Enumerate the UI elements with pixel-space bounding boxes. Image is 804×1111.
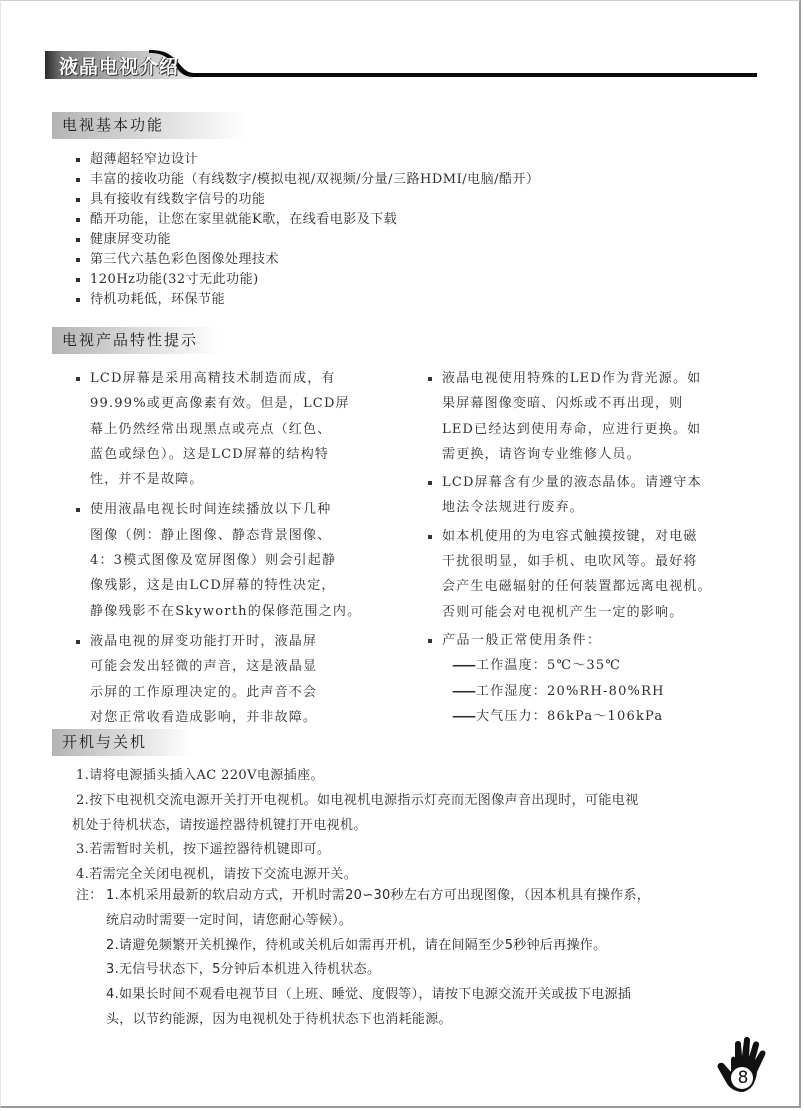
page-title: 液晶电视介绍: [59, 52, 179, 79]
note-item: 2.请避免频繁开关机操作，待机或关机后如需再开机，请在间隔至少5秒钟后再操作。: [76, 934, 766, 959]
power-notes: 注： 1.本机采用最新的软启动方式，开机时需20∽30秒左右方可出现图像，（因本…: [76, 884, 766, 1033]
power-step: 1.请将电源插头插入AC 220V电源插座。: [76, 764, 756, 789]
bullet-icon: [76, 178, 80, 182]
basic-functions-list: 超薄超轻窄边设计 丰富的接收功能（有线数字/模拟电视/双视频/分量/三路HDMI…: [74, 150, 774, 310]
bullet-icon: [428, 481, 432, 485]
list-item: 酷开功能，让您在家里就能K歌，在线看电影及下载: [74, 210, 774, 230]
section-header-product-features: 电视产品特性提示: [52, 327, 220, 354]
list-item: 如本机使用的为电容式触摸按键，对电磁 干扰很明显，如手机、电吹风等。最好将 会产…: [426, 524, 776, 625]
list-item: 丰富的接收功能（有线数字/模拟电视/双视频/分量/三路HDMI/电脑/酷开）: [74, 170, 774, 190]
features-right-column: 液晶电视使用特殊的LED作为背光源。如 果屏幕图像变暗、闪烁或不再出现，则 LE…: [426, 366, 776, 729]
bullet-icon: [428, 639, 432, 643]
bullet-icon: [76, 258, 80, 262]
bullet-icon: [76, 640, 80, 644]
usage-conditions: 产品一般正常使用条件： ——工作温度：5℃～35℃ ——工作湿度：20%RH-8…: [426, 628, 776, 729]
bullet-icon: [76, 238, 80, 242]
condition-humidity: ——工作湿度：20%RH-80%RH: [442, 679, 776, 704]
bullet-icon: [76, 377, 80, 381]
list-item: LCD屏幕含有少量的液态晶体。请遵守本 地法令法规进行废弃。: [426, 470, 776, 521]
list-item: 使用液晶电视长时间连续播放以下几种 图像（例：静止图像、静态背景图像、 4：3模…: [74, 497, 419, 623]
notes-label: 注：: [76, 884, 106, 909]
bullet-icon: [76, 298, 80, 302]
power-step-continued: 机处于待机状态，请按遥控器待机键打开电视机。: [72, 814, 756, 839]
bullet-icon: [76, 198, 80, 202]
page-number: 8: [731, 1066, 755, 1090]
title-banner: 液晶电视介绍: [45, 49, 757, 81]
note-item: 4.如果长时间不观看电视节目（上班、睡觉、度假等），请按下电源交流开关或拔下电源…: [76, 983, 766, 1008]
bullet-icon: [428, 535, 432, 539]
list-item: 液晶电视使用特殊的LED作为背光源。如 果屏幕图像变暗、闪烁或不再出现，则 LE…: [426, 366, 776, 467]
power-step: 3.若需暂时关机，按下遥控器待机键即可。: [76, 838, 756, 863]
condition-pressure: ——大气压力：86kPa～106kPa: [442, 704, 776, 729]
bullet-icon: [428, 377, 432, 381]
bullet-icon: [76, 218, 80, 222]
note-item: 3.无信号状态下，5分钟后本机进入待机状态。: [76, 958, 766, 983]
note-item: 注： 1.本机采用最新的软启动方式，开机时需20∽30秒左右方可出现图像，（因本…: [76, 884, 766, 909]
section-header-power: 开机与关机: [52, 729, 192, 756]
list-item: LCD屏幕是采用高精技术制造而成，有 99.99%或更高像素有效。但是，LCD屏…: [74, 366, 419, 492]
bullet-icon: [76, 158, 80, 162]
features-left-column: LCD屏幕是采用高精技术制造而成，有 99.99%或更高像素有效。但是，LCD屏…: [74, 366, 419, 730]
list-item: 液晶电视的屏变功能打开时，液晶屏 可能会发出轻微的声音，这是液晶显 示屏的工作原…: [74, 629, 419, 730]
list-item: 待机功耗低，环保节能: [74, 290, 774, 310]
list-item: 具有接收有线数字信号的功能: [74, 190, 774, 210]
power-steps: 1.请将电源插头插入AC 220V电源插座。 2.按下电视机交流电源开关打开电视…: [76, 764, 756, 888]
list-item: 健康屏变功能: [74, 230, 774, 250]
power-step: 2.按下电视机交流电源开关打开电视机。如电视机电源指示灯亮而无图像声音出现时，可…: [76, 789, 756, 814]
bullet-icon: [76, 278, 80, 282]
section-header-basic-functions: 电视基本功能: [52, 112, 247, 139]
usage-conditions-title: 产品一般正常使用条件：: [442, 628, 776, 653]
condition-temperature: ——工作温度：5℃～35℃: [442, 653, 776, 678]
bullet-icon: [76, 508, 80, 512]
list-item: 超薄超轻窄边设计: [74, 150, 774, 170]
list-item: 第三代六基色彩色图像处理技术: [74, 250, 774, 270]
list-item: 120Hz功能(32寸无此功能): [74, 270, 774, 290]
